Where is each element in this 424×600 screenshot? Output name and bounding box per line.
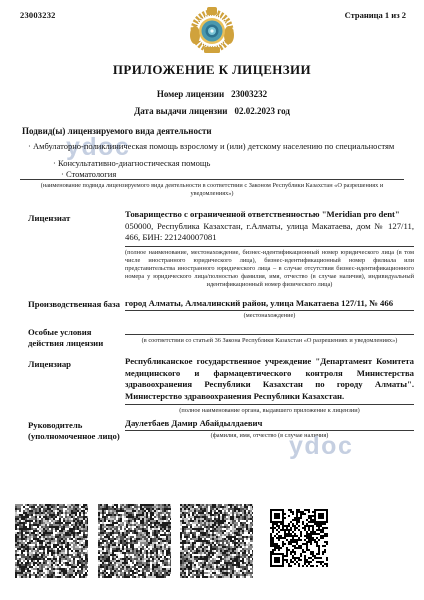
head-person-label: Руководитель (уполномоченное лицо) (28, 420, 128, 441)
licensor-block: Республиканское государственное учрежден… (125, 356, 414, 415)
head-person-block: Даулетбаев Дамир Абайдылдаевич (фамилия,… (125, 418, 414, 440)
special-conditions-block: (в соответствии со статьей 36 Закона Рес… (125, 334, 414, 345)
head-person-name: Даулетбаев Дамир Абайдылдаевич (125, 418, 414, 431)
subtype-item: · Амбулаторно-поликлиническая помощь взр… (28, 142, 414, 152)
page-title: ПРИЛОЖЕНИЕ К ЛИЦЕНЗИИ (0, 62, 424, 78)
production-base-block: город Алматы, Алмалинский район, улица М… (125, 298, 414, 320)
kazakhstan-coat-of-arms-icon (189, 5, 235, 56)
data-matrix-block-1 (15, 504, 88, 578)
subtype-item: · Консультативно-диагностическая помощь (53, 159, 210, 169)
licensee-name: Товарищество с ограниченной ответственно… (125, 209, 414, 220)
issue-date-label: Дата выдачи лицензии (134, 106, 227, 116)
licensee-label: Лицензиат (28, 213, 128, 224)
horizontal-rule (20, 179, 404, 180)
special-conditions-label: Особые условия действия лицензии (28, 327, 128, 348)
data-matrix-block-3 (180, 504, 253, 578)
production-base-label: Производственная база (28, 299, 128, 310)
license-appendix-page: 23003232 Страница 1 из 2 ПРИЛОЖЕНИЕ К ЛИ… (0, 0, 424, 600)
head-person-caption: (фамилия, имя, отчество (в случае наличи… (125, 432, 414, 440)
license-number-line: Номер лицензии23003232 (0, 89, 424, 99)
licensor-value: Республиканское государственное учрежден… (125, 356, 414, 402)
special-conditions-caption: (в соответствии со статьей 36 Закона Рес… (125, 337, 414, 345)
issue-date-line: Дата выдачи лицензии02.02.2023 год (0, 106, 424, 116)
document-number-top: 23003232 (20, 10, 56, 20)
licensee-caption: (полное наименование, местонахождение, б… (125, 246, 414, 289)
license-number-label: Номер лицензии (157, 89, 224, 99)
licensor-caption: (полное наименование органа, выдавшего п… (125, 404, 414, 415)
production-base-value: город Алматы, Алмалинский район, улица М… (125, 298, 414, 311)
subtypes-heading: Подвид(ы) лицензируемого вида деятельнос… (22, 126, 212, 136)
licensee-address: 050000, Республика Казахстан, г.Алматы, … (125, 221, 414, 243)
qr-code (268, 507, 330, 569)
issue-date-value: 02.02.2023 год (235, 106, 290, 116)
watermark-ydoc: ydoc (289, 432, 353, 461)
data-matrix-block-2 (98, 504, 171, 578)
licensor-label: Лицензиар (28, 359, 128, 370)
license-number-value: 23003232 (231, 89, 267, 99)
production-base-caption: (местонахождение) (125, 312, 414, 320)
licensee-value-block: Товарищество с ограниченной ответственно… (125, 209, 414, 289)
page-indicator: Страница 1 из 2 (345, 10, 406, 20)
subtypes-caption: (наименование подвида лицензируемого вид… (30, 182, 394, 197)
